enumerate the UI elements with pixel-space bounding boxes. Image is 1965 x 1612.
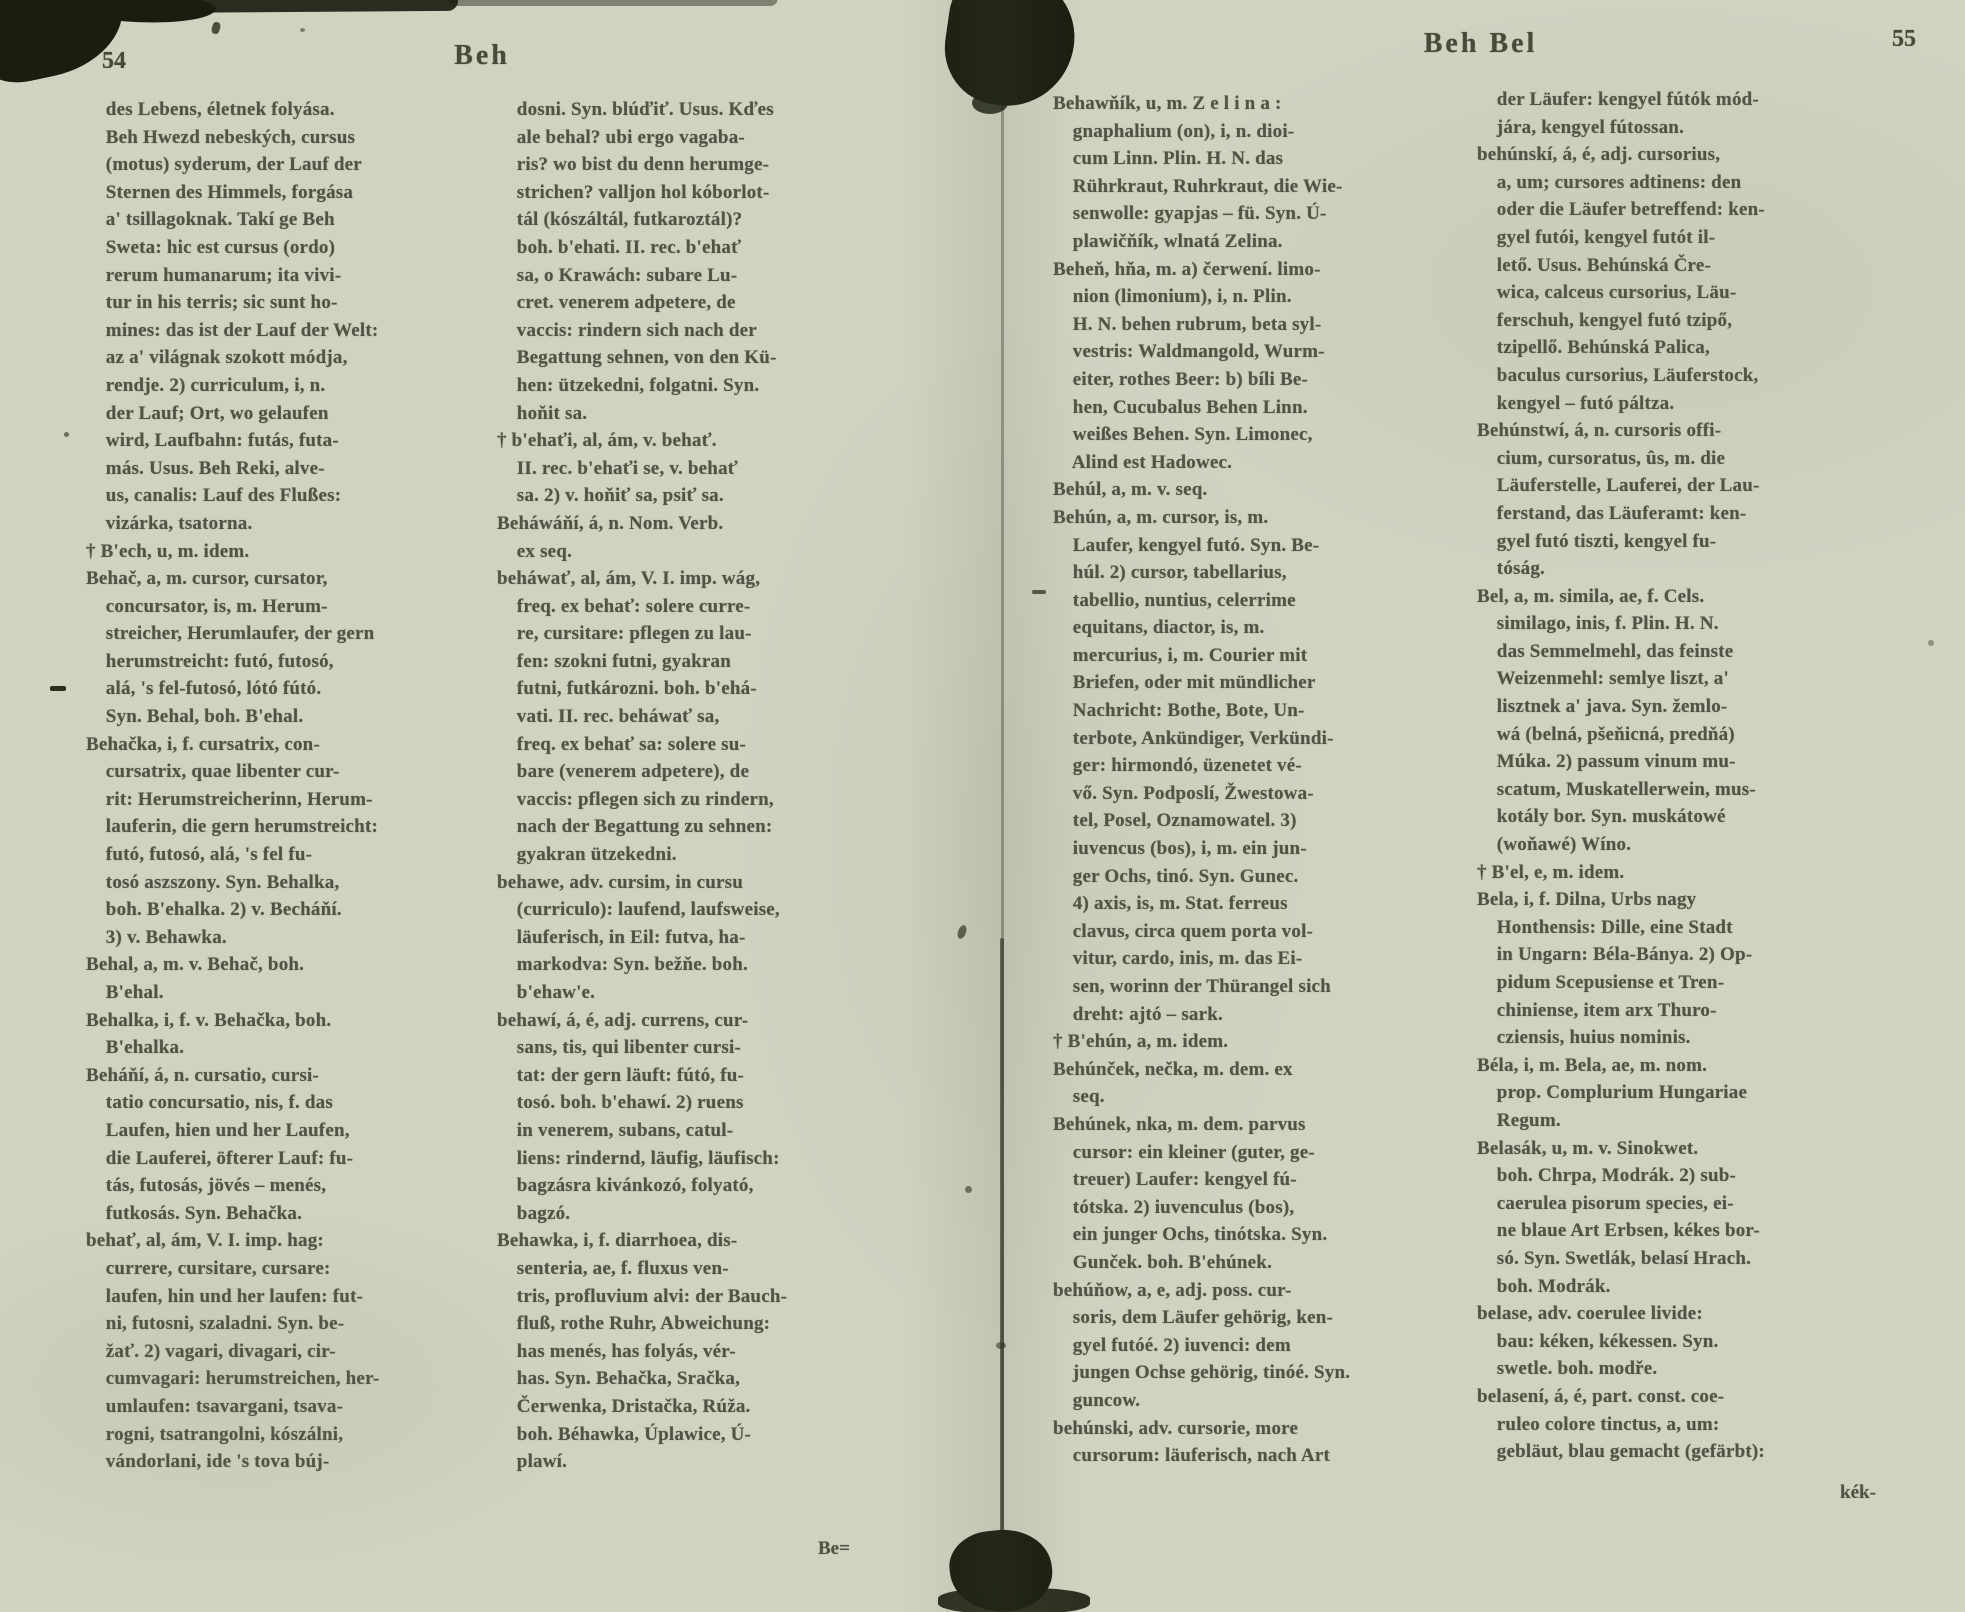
text-line: in venerem, subans, catul- <box>497 1117 897 1145</box>
text-line: Regum. <box>1477 1107 1907 1135</box>
text-line: a' tsillagoknak. Takí ge Beh <box>86 206 478 234</box>
text-line: tabellio, nuntius, celerrime <box>1053 587 1483 615</box>
text-line: freq. ex behať sa: solere su- <box>497 731 897 759</box>
text-line: rerum humanarum; ita vivi- <box>86 262 478 290</box>
stray-mark-gutter-3 <box>996 1342 1006 1349</box>
text-line: Honthensis: Dille, eine Stadt <box>1477 914 1907 942</box>
text-line: Čerwenka, Dristačka, Rúža. <box>497 1393 897 1421</box>
text-line: Beháwáňí, á, n. Nom. Verb. <box>497 510 897 538</box>
text-line: ger: hirmondó, üzenetet vé- <box>1053 752 1483 780</box>
text-line: Behal, a, m. v. Behač, boh. <box>86 951 478 979</box>
text-line: dreht: ajtó – sark. <box>1053 1001 1483 1029</box>
text-line: boh. Modrák. <box>1477 1273 1907 1301</box>
running-head-left: Beh <box>427 40 537 72</box>
text-line: eiter, rothes Beer: b) bíli Be- <box>1053 366 1483 394</box>
text-line: plawí. <box>497 1448 897 1476</box>
catchword-right-page: kék- <box>1840 1482 1876 1504</box>
text-line: clavus, circa quem porta vol- <box>1053 918 1483 946</box>
text-line: liens: rindernd, läufig, läufisch: <box>497 1145 897 1173</box>
text-line: vaccis: pflegen sich zu rindern, <box>497 786 897 814</box>
right-page-column-1: Behawňík, u, m. Z e l i n a : gnaphalium… <box>1053 90 1483 1470</box>
text-line: vő. Syn. Podposlí, Žwestowa- <box>1053 780 1483 808</box>
text-line: alá, 's fel-futosó, lótó fútó. <box>86 675 478 703</box>
text-line: B'ehal. <box>86 979 478 1007</box>
text-line: tás, futosás, jövés – menés, <box>86 1172 478 1200</box>
text-line: Béla, i, m. Bela, ae, m. nom. <box>1477 1052 1907 1080</box>
text-line: boh. Chrpa, Modrák. 2) sub- <box>1477 1162 1907 1190</box>
text-line: Múka. 2) passum vinum mu- <box>1477 748 1907 776</box>
text-line: caerulea pisorum species, ei- <box>1477 1190 1907 1218</box>
text-line: wird, Laufbahn: futás, futa- <box>86 427 478 455</box>
text-line: Nachricht: Bothe, Bote, Un- <box>1053 697 1483 725</box>
text-line: Behúl, a, m. v. seq. <box>1053 476 1483 504</box>
text-line: vati. II. rec. beháwať sa, <box>497 703 897 731</box>
text-line: Belasák, u, m. v. Sinokwet. <box>1477 1135 1907 1163</box>
text-line: Läuferstelle, Lauferei, der Lau- <box>1477 472 1907 500</box>
text-line: Behač, a, m. cursor, cursator, <box>86 565 478 593</box>
text-line: behúňow, a, e, adj. poss. cur- <box>1053 1277 1483 1305</box>
text-line: wica, calceus cursorius, Läu- <box>1477 279 1907 307</box>
text-line: tel, Posel, Oznamowatel. 3) <box>1053 807 1483 835</box>
text-line: us, canalis: Lauf des Flußes: <box>86 482 478 510</box>
text-line: az a' világnak szokott módja, <box>86 344 478 372</box>
text-line: Behúnstwí, á, n. cursoris offi- <box>1477 417 1907 445</box>
text-line: † B'el, e, m. idem. <box>1477 859 1907 887</box>
text-line: Behačka, i, f. cursatrix, con- <box>86 731 478 759</box>
text-line: der Läufer: kengyel fútók mód- <box>1477 86 1907 114</box>
text-line: rogni, tsatrangolni, kószálni, <box>86 1421 478 1449</box>
text-line: behawe, adv. cursim, in cursu <box>497 869 897 897</box>
text-line: cursor: ein kleiner (guter, ge- <box>1053 1139 1483 1167</box>
text-line: ein junger Ochs, tinótska. Syn. <box>1053 1221 1483 1249</box>
text-line: lető. Usus. Behúnská Čre- <box>1477 252 1907 280</box>
text-line: Sternen des Himmels, forgása <box>86 179 478 207</box>
text-line: (woňawé) Wíno. <box>1477 831 1907 859</box>
text-line: futkosás. Syn. Behačka. <box>86 1200 478 1228</box>
text-line: Laufer, kengyel futó. Syn. Be- <box>1053 532 1483 560</box>
text-line: gebläut, blau gemacht (gefärbt): <box>1477 1438 1907 1466</box>
text-line: † B'ehún, a, m. idem. <box>1053 1028 1483 1056</box>
text-line: Rührkraut, Ruhrkraut, die Wie- <box>1053 173 1483 201</box>
text-line: das Semmelmehl, das feinste <box>1477 638 1907 666</box>
ink-strip-top-edge <box>118 0 458 13</box>
stray-mark-gutter-1 <box>956 924 968 940</box>
text-line: húl. 2) cursor, tabellarius, <box>1053 559 1483 587</box>
text-line: herumstreicht: futó, futosó, <box>86 648 478 676</box>
text-line: tur in his terris; sic sunt ho- <box>86 289 478 317</box>
ink-strip-top-edge-faint <box>448 0 778 6</box>
text-line: ne blaue Art Erbsen, kékes bor- <box>1477 1217 1907 1245</box>
text-line: laufen, hin und her laufen: fut- <box>86 1283 478 1311</box>
text-line: † B'ech, u, m. idem. <box>86 538 478 566</box>
text-line: seq. <box>1053 1083 1483 1111</box>
text-line: gyel futóé. 2) iuvenci: dem <box>1053 1332 1483 1360</box>
text-line: nach der Begattung zu sehnen: <box>497 813 897 841</box>
text-line: vitur, cardo, inis, m. das Ei- <box>1053 945 1483 973</box>
gutter-fold-line-dark <box>1000 938 1004 1563</box>
stray-mark-top-1 <box>211 21 222 35</box>
text-line: rit: Herumstreicherinn, Herum- <box>86 786 478 814</box>
text-line: tat: der gern läuft: fútó, fu- <box>497 1062 897 1090</box>
text-line: sa, o Krawách: subare Lu- <box>497 262 897 290</box>
text-line: läuferisch, in Eil: futva, ha- <box>497 924 897 952</box>
text-line: boh. Béhawka, Úplawice, Ú- <box>497 1421 897 1449</box>
text-line: oder die Läufer betreffend: ken- <box>1477 196 1907 224</box>
stray-mark-left-margin <box>50 686 66 691</box>
text-line: lauferin, die gern herumstreicht: <box>86 813 478 841</box>
text-line: Bel, a, m. simila, ae, f. Cels. <box>1477 583 1907 611</box>
stray-mark-right-margin <box>1928 640 1934 646</box>
text-line: behať, al, ám, V. I. imp. hag: <box>86 1227 478 1255</box>
text-line: cziensis, huius nominis. <box>1477 1024 1907 1052</box>
text-line: has menés, has folyás, vér- <box>497 1338 897 1366</box>
text-line: freq. ex behať: solere curre- <box>497 593 897 621</box>
text-line: belasení, á, é, part. const. coe- <box>1477 1383 1907 1411</box>
text-line: cursorum: läuferisch, nach Art <box>1053 1442 1483 1470</box>
stray-mark-left-margin-2 <box>64 432 69 437</box>
text-line: gnaphalium (on), i, n. dioi- <box>1053 118 1483 146</box>
text-line: ferschuh, kengyel futó tzipő, <box>1477 307 1907 335</box>
text-line: bau: kéken, kékessen. Syn. <box>1477 1328 1907 1356</box>
text-line: lisztnek a' java. Syn. žemlo- <box>1477 693 1907 721</box>
text-line: behúnski, adv. cursorie, more <box>1053 1415 1483 1443</box>
text-line: hoňit sa. <box>497 400 897 428</box>
text-line: hen: ützekedni, folgatni. Syn. <box>497 372 897 400</box>
stray-mark-gutter-2 <box>965 1186 972 1193</box>
text-line: senwolle: gyapjas – fü. Syn. Ú- <box>1053 200 1483 228</box>
text-line: tótska. 2) iuvenculus (bos), <box>1053 1194 1483 1222</box>
text-line: Bela, i, f. Dilna, Urbs nagy <box>1477 886 1907 914</box>
text-line: kotály bor. Syn. muskátowé <box>1477 803 1907 831</box>
text-line: cret. venerem adpetere, de <box>497 289 897 317</box>
text-line: Syn. Behal, boh. B'ehal. <box>86 703 478 731</box>
text-line: equitans, diactor, is, m. <box>1053 614 1483 642</box>
text-line: ris? wo bist du denn herumge- <box>497 151 897 179</box>
text-line: wá (belná, pšeňicná, predňá) <box>1477 721 1907 749</box>
text-line: Sweta: hic est cursus (ordo) <box>86 234 478 262</box>
text-line: Gunček. boh. B'ehúnek. <box>1053 1249 1483 1277</box>
text-line: (curriculo): laufend, laufsweise, <box>497 896 897 924</box>
text-line: behawí, á, é, adj. currens, cur- <box>497 1007 897 1035</box>
text-line: der Lauf; Ort, wo gelaufen <box>86 400 478 428</box>
text-line: currere, cursitare, cursare: <box>86 1255 478 1283</box>
text-line: baculus cursorius, Läuferstock, <box>1477 362 1907 390</box>
text-line: similago, inis, f. Plin. H. N. <box>1477 610 1907 638</box>
text-line: pidum Scepusiense et Tren- <box>1477 969 1907 997</box>
text-line: Behawka, i, f. diarrhoea, dis- <box>497 1227 897 1255</box>
text-line: tál (kószáltál, futkaroztál)? <box>497 206 897 234</box>
text-line: tosó aszszony. Syn. Behalka, <box>86 869 478 897</box>
text-line: Behawňík, u, m. Z e l i n a : <box>1053 90 1483 118</box>
text-line: cum Linn. Plin. H. N. das <box>1053 145 1483 173</box>
text-line: Behúnek, nka, m. dem. parvus <box>1053 1111 1483 1139</box>
text-line: treuer) Laufer: kengyel fú- <box>1053 1166 1483 1194</box>
text-line: (motus) syderum, der Lauf der <box>86 151 478 179</box>
text-line: boh. b'ehati. II. rec. b'ehať <box>497 234 897 262</box>
text-line: Weizenmehl: semlye liszt, a' <box>1477 665 1907 693</box>
text-line: soris, dem Läufer gehörig, ken- <box>1053 1304 1483 1332</box>
text-line: iuvencus (bos), i, m. ein jun- <box>1053 835 1483 863</box>
text-line: markodva: Syn. bežňe. boh. <box>497 951 897 979</box>
text-line: kengyel – futó páltza. <box>1477 390 1907 418</box>
text-line: in Ungarn: Béla-Bánya. 2) Op- <box>1477 941 1907 969</box>
text-line: futni, futkározni. boh. b'ehá- <box>497 675 897 703</box>
text-line: Behalka, i, f. v. Behačka, boh. <box>86 1007 478 1035</box>
text-line: des Lebens, életnek folyása. <box>86 96 478 124</box>
right-page-column-2: der Läufer: kengyel fútók mód- jára, ken… <box>1477 86 1907 1466</box>
text-line: streicher, Herumlaufer, der gern <box>86 620 478 648</box>
text-line: scatum, Muskatellerwein, mus- <box>1477 776 1907 804</box>
text-line: Laufen, hien und her Laufen, <box>86 1117 478 1145</box>
page-number-right: 55 <box>1892 26 1916 53</box>
text-line: beháwať, al, ám, V. I. imp. wág, <box>497 565 897 593</box>
text-line: ex seq. <box>497 538 897 566</box>
text-line: cumvagari: herumstreichen, her- <box>86 1365 478 1393</box>
text-line: bagzó. <box>497 1200 897 1228</box>
text-line: vestris: Waldmangold, Wurm- <box>1053 338 1483 366</box>
text-line: Beh Hwezd nebeských, cursus <box>86 124 478 152</box>
text-line: belase, adv. coerulee livide: <box>1477 1300 1907 1328</box>
text-line: ni, futosni, szaladni. Syn. be- <box>86 1310 478 1338</box>
ink-blot-gutter-bottom-dash <box>938 1588 1090 1612</box>
stray-mark-top-2 <box>300 28 305 32</box>
text-line: die Lauferei, öfterer Lauf: fu- <box>86 1145 478 1173</box>
text-line: B'ehalka. <box>86 1034 478 1062</box>
text-line: ruleo colore tinctus, a, um: <box>1477 1411 1907 1439</box>
text-line: weißes Behen. Syn. Limonec, <box>1053 421 1483 449</box>
text-line: Beheň, hňa, m. a) čerwení. limo- <box>1053 256 1483 284</box>
text-line: behúnskí, á, é, adj. cursorius, <box>1477 141 1907 169</box>
text-line: jára, kengyel fútossan. <box>1477 114 1907 142</box>
text-line: has. Syn. Behačka, Sračka, <box>497 1365 897 1393</box>
text-line: fluß, rothe Ruhr, Abweichung: <box>497 1310 897 1338</box>
scanned-dictionary-spread: 54 Beh Beh Bel 55 des Lebens, életnek fo… <box>0 0 1965 1612</box>
text-line: swetle. boh. modře. <box>1477 1355 1907 1383</box>
text-line: boh. B'ehalka. 2) v. Becháňí. <box>86 896 478 924</box>
text-line: gyel futói, kengyel futót il- <box>1477 224 1907 252</box>
text-line: tosó. boh. b'ehawí. 2) ruens <box>497 1089 897 1117</box>
text-line: Beháňí, á, n. cursatio, cursi- <box>86 1062 478 1090</box>
text-line: senteria, ae, f. fluxus ven- <box>497 1255 897 1283</box>
text-line: ger Ochs, tinó. Syn. Gunec. <box>1053 863 1483 891</box>
text-line: futó, futosó, alá, 's fel fu- <box>86 841 478 869</box>
text-line: Behún, a, m. cursor, is, m. <box>1053 504 1483 532</box>
text-line: 4) axis, is, m. Stat. ferreus <box>1053 890 1483 918</box>
text-line: re, cursitare: pflegen zu lau- <box>497 620 897 648</box>
text-line: dosni. Syn. blúďiť. Usus. Kďes <box>497 96 897 124</box>
text-line: mercurius, i, m. Courier mit <box>1053 642 1483 670</box>
text-line: más. Usus. Beh Reki, alve- <box>86 455 478 483</box>
text-line: Briefen, oder mit mündlicher <box>1053 669 1483 697</box>
text-line: gyakran ützekedni. <box>497 841 897 869</box>
text-line: Begattung sehnen, von den Kü- <box>497 344 897 372</box>
text-line: 3) v. Behawka. <box>86 924 478 952</box>
text-line: Behúnček, nečka, m. dem. ex <box>1053 1056 1483 1084</box>
text-line: tris, profluvium alvi: der Bauch- <box>497 1283 897 1311</box>
text-line: ale behal? ubi ergo vagaba- <box>497 124 897 152</box>
page-number-left: 54 <box>102 48 126 75</box>
left-page-column-1: des Lebens, életnek folyása. Beh Hwezd n… <box>86 96 478 1476</box>
text-line: umlaufen: tsavargani, tsava- <box>86 1393 478 1421</box>
catchword-left-page: Be= <box>818 1538 850 1560</box>
text-line: gyel futó tiszti, kengyel fu- <box>1477 528 1907 556</box>
text-line: vándorlani, ide 's tova búj- <box>86 1448 478 1476</box>
text-line: prop. Complurium Hungariae <box>1477 1079 1907 1107</box>
text-line: ferstand, das Läuferamt: ken- <box>1477 500 1907 528</box>
text-line: mines: das ist der Lauf der Welt: <box>86 317 478 345</box>
text-line: Alind est Hadowec. <box>1053 449 1483 477</box>
text-line: fen: szokni futni, gyakran <box>497 648 897 676</box>
text-line: só. Syn. Swetlák, belasí Hrach. <box>1477 1245 1907 1273</box>
text-line: bare (venerem adpetere), de <box>497 758 897 786</box>
text-line: plawičňík, wlnatá Zelina. <box>1053 228 1483 256</box>
text-line: žať. 2) vagari, divagari, cir- <box>86 1338 478 1366</box>
running-head-right: Beh Bel <box>1388 28 1573 60</box>
left-page-column-2: dosni. Syn. blúďiť. Usus. Kďes ale behal… <box>497 96 897 1476</box>
text-line: cium, cursoratus, ûs, m. die <box>1477 445 1907 473</box>
text-line: II. rec. b'ehaťi se, v. behať <box>497 455 897 483</box>
text-line: tatio concursatio, nis, f. das <box>86 1089 478 1117</box>
text-line: guncow. <box>1053 1387 1483 1415</box>
text-line: tóság. <box>1477 555 1907 583</box>
text-line: vizárka, tsatorna. <box>86 510 478 538</box>
text-line: jungen Ochse gehörig, tinóé. Syn. <box>1053 1359 1483 1387</box>
text-line: rendje. 2) curriculum, i, n. <box>86 372 478 400</box>
text-line: hen, Cucubalus Behen Linn. <box>1053 394 1483 422</box>
text-line: a, um; cursores adtinens: den <box>1477 169 1907 197</box>
text-line: vaccis: rindern sich nach der <box>497 317 897 345</box>
stray-mark-column-margin <box>1032 590 1046 594</box>
text-line: bagzásra kivánkozó, folyató, <box>497 1172 897 1200</box>
text-line: H. N. behen rubrum, beta syl- <box>1053 311 1483 339</box>
text-line: terbote, Ankündiger, Verkündi- <box>1053 725 1483 753</box>
text-line: tzipellő. Behúnská Palica, <box>1477 334 1907 362</box>
text-line: sa. 2) v. hoňiť sa, psiť sa. <box>497 482 897 510</box>
text-line: sans, tis, qui libenter cursi- <box>497 1034 897 1062</box>
text-line: † b'ehaťi, al, ám, v. behať. <box>497 427 897 455</box>
text-line: concursator, is, m. Herum- <box>86 593 478 621</box>
text-line: b'ehaw'e. <box>497 979 897 1007</box>
text-line: sen, worinn der Thürangel sich <box>1053 973 1483 1001</box>
text-line: strichen? valljon hol kóborlot- <box>497 179 897 207</box>
text-line: chiniense, item arx Thuro- <box>1477 997 1907 1025</box>
text-line: nion (limonium), i, n. Plin. <box>1053 283 1483 311</box>
text-line: cursatrix, quae libenter cur- <box>86 758 478 786</box>
